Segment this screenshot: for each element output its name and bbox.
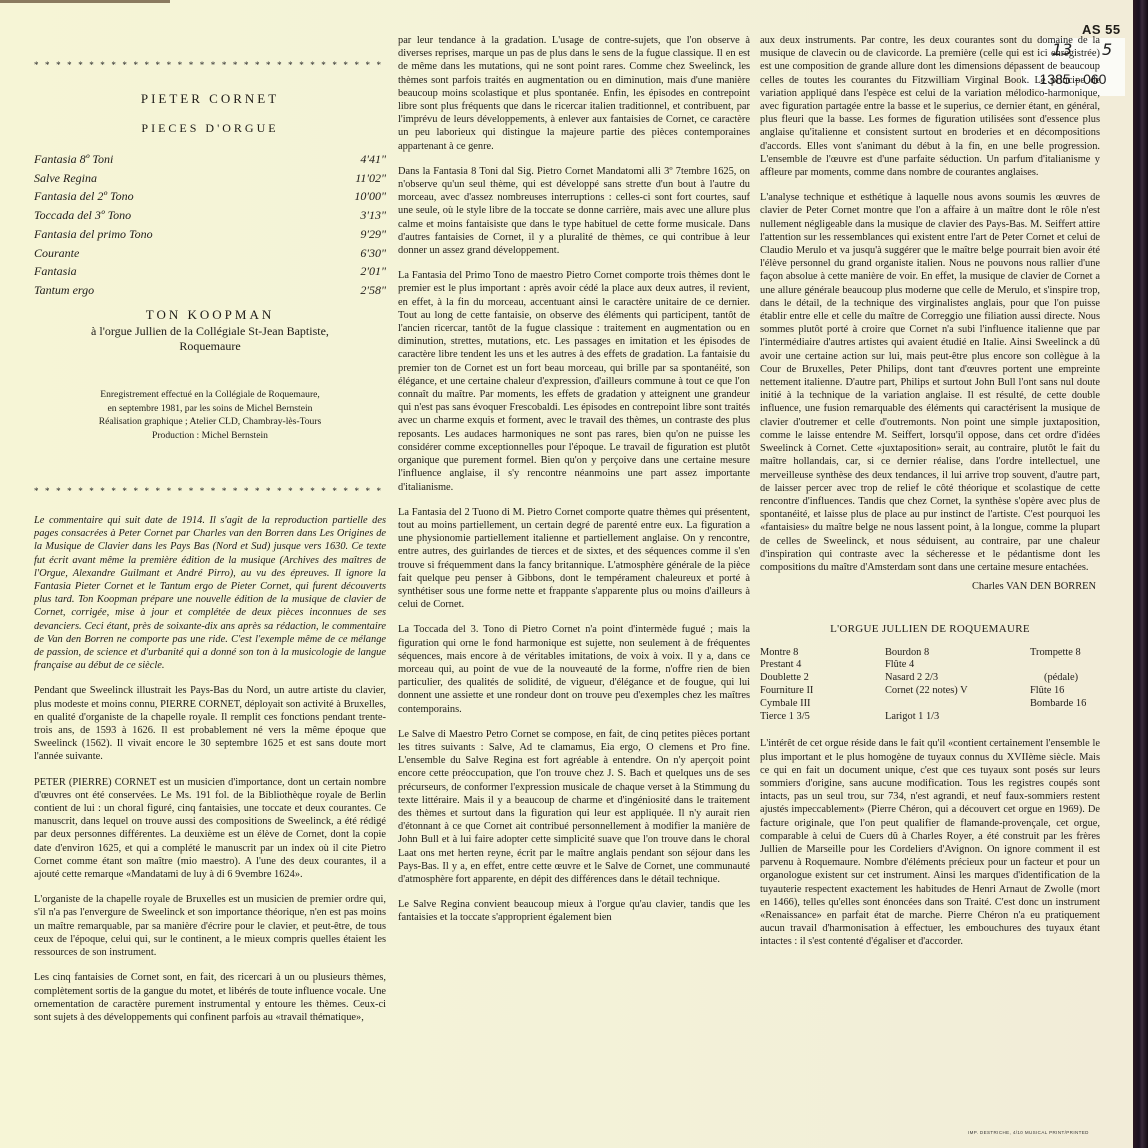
track-title: Toccada del 3º Tono xyxy=(34,206,131,225)
organ-stop xyxy=(1030,711,1110,724)
liner-notes-column-2: par leur tendance à la gradation. L'usag… xyxy=(398,34,750,937)
paragraph: La Fantasia del Primo Tono de maestro Pi… xyxy=(398,269,750,493)
track-row: Courante6'30" xyxy=(34,244,386,263)
organ-stop: Doublette 2 xyxy=(760,672,885,685)
liner-notes-column-3: aux deux instruments. Par contre, les de… xyxy=(760,34,1100,961)
album-title: PIECES D'ORGUE xyxy=(34,121,386,136)
track-row: Fantasia del 2º Tono10'00" xyxy=(34,187,386,206)
organ-description: L'intérêt de cet orgue réside dans le fa… xyxy=(760,737,1100,948)
organ-stop: Prestant 4 xyxy=(760,659,885,672)
track-duration: 2'58" xyxy=(360,281,386,300)
paragraph: L'organiste de la chapelle royale de Bru… xyxy=(34,893,386,959)
track-row: Fantasia 8º Toni4'41" xyxy=(34,150,386,169)
organ-stop: Nasard 2 2/3 xyxy=(885,672,1030,685)
organ-stop: Montre 8 xyxy=(760,647,885,660)
track-duration: 10'00" xyxy=(354,187,386,206)
track-row: Fantasia del primo Tono9'29" xyxy=(34,225,386,244)
credit-line: Enregistrement effectué en la Collégiale… xyxy=(34,388,386,402)
organ-stop-list: Montre 8 Prestant 4 Doublette 2 Fournitu… xyxy=(760,647,1100,724)
track-title: Fantasia del primo Tono xyxy=(34,225,153,244)
track-row: Tantum ergo2'58" xyxy=(34,281,386,300)
paragraph: PETER (PIERRE) CORNET est un musicien d'… xyxy=(34,776,386,882)
organ-stop: Fourniture II xyxy=(760,685,885,698)
paragraph: La Toccada del 3. Tono di Pietro Cornet … xyxy=(398,623,750,715)
organ-stop xyxy=(885,698,1030,711)
organ-stop: Flûte 16 xyxy=(1030,685,1110,698)
star-divider-bottom: * * * * * * * * * * * * * * * * * * * * … xyxy=(34,486,386,496)
organ-section-title: L'ORGUE JULLIEN DE ROQUEMAURE xyxy=(760,623,1100,636)
paragraph: Pendant que Sweelinck illustrait les Pay… xyxy=(34,684,386,763)
sleeve-edge-shadow xyxy=(1133,0,1148,1148)
performer-venue: à l'orgue Jullien de la Collégiale St-Je… xyxy=(34,324,386,339)
track-list: Fantasia 8º Toni4'41" Salve Regina11'02"… xyxy=(34,150,386,300)
organ-stop: Bombarde 16 xyxy=(1030,698,1110,711)
track-title: Tantum ergo xyxy=(34,281,94,300)
track-duration: 2'01" xyxy=(360,262,386,281)
sticker-handwriting-2: 5 xyxy=(1102,40,1112,59)
track-duration: 3'13" xyxy=(360,206,386,225)
recording-credits: Enregistrement effectué en la Collégiale… xyxy=(34,388,386,442)
paragraph: Les cinq fantaisies de Cornet sont, en f… xyxy=(34,971,386,1024)
organ-stop: Cymbale III xyxy=(760,698,885,711)
track-row: Toccada del 3º Tono3'13" xyxy=(34,206,386,225)
credit-line: Production : Michel Bernstein xyxy=(34,429,386,443)
track-title: Fantasia 8º Toni xyxy=(34,150,113,169)
track-title: Salve Regina xyxy=(34,169,97,188)
torn-edge xyxy=(0,0,170,3)
track-duration: 11'02" xyxy=(355,169,386,188)
organ-stop: Tierce 1 3/5 xyxy=(760,711,885,724)
paragraph: La Fantasia del 2 Tuono di M. Pietro Cor… xyxy=(398,506,750,612)
paragraph: aux deux instruments. Par contre, les de… xyxy=(760,34,1100,179)
pedal-label: (pédale) xyxy=(1030,672,1110,685)
organ-stop: Trompette 8 xyxy=(1030,647,1110,660)
liner-notes-column-1: Le commentaire qui suit date de 1914. Il… xyxy=(34,514,386,1036)
paragraph: Le Salve Regina convient beaucoup mieux … xyxy=(398,898,750,924)
author-signature: Charles VAN DEN BORREN xyxy=(760,580,1096,593)
credit-line: Réalisation graphique ; Atelier CLD, Cha… xyxy=(34,415,386,429)
organ-stop: Larigot 1 1/3 xyxy=(885,711,1030,724)
performer-block: TON KOOPMAN à l'orgue Jullien de la Coll… xyxy=(34,307,386,354)
track-duration: 4'41" xyxy=(360,150,386,169)
stops-column-b: Bourdon 8 Flûte 4 Nasard 2 2/3 Cornet (2… xyxy=(885,647,1030,724)
track-title: Courante xyxy=(34,244,79,263)
stops-column-c: Trompette 8 (pédale) Flûte 16 Bombarde 1… xyxy=(1030,647,1110,724)
track-title: Fantasia xyxy=(34,262,77,281)
organ-stop: Flûte 4 xyxy=(885,659,1030,672)
track-row: Salve Regina11'02" xyxy=(34,169,386,188)
organ-stop: Cornet (22 notes) V xyxy=(885,685,1030,698)
track-row: Fantasia2'01" xyxy=(34,262,386,281)
performer-town: Roquemaure xyxy=(34,339,386,354)
credit-line: en septembre 1981, par les soins de Mich… xyxy=(34,402,386,416)
paragraph: par leur tendance à la gradation. L'usag… xyxy=(398,34,750,153)
paragraph: Le Salve di Maestro Petro Cornet se comp… xyxy=(398,728,750,886)
performer-name: TON KOOPMAN xyxy=(34,307,386,322)
organ-stop xyxy=(1030,659,1110,672)
record-sleeve-back: AS 55 13 5 1385 - 060 * * * * * * * * * … xyxy=(0,0,1133,1148)
paragraph: Dans la Fantasia 8 Toni dal Sig. Pietro … xyxy=(398,165,750,257)
track-duration: 9'29" xyxy=(360,225,386,244)
paragraph: L'analyse technique et esthétique à laqu… xyxy=(760,191,1100,574)
star-divider-top: * * * * * * * * * * * * * * * * * * * * … xyxy=(34,60,386,70)
organ-stop: Bourdon 8 xyxy=(885,647,1030,660)
stops-column-a: Montre 8 Prestant 4 Doublette 2 Fournitu… xyxy=(760,647,885,724)
track-title: Fantasia del 2º Tono xyxy=(34,187,134,206)
track-duration: 6'30" xyxy=(360,244,386,263)
composer-title: PIETER CORNET xyxy=(34,91,386,107)
printer-credit: IMP. DESTRICHE, 4/10 MUSICAL PRINT/PRINT… xyxy=(968,1130,1089,1135)
intro-paragraph: Le commentaire qui suit date de 1914. Il… xyxy=(34,514,386,672)
